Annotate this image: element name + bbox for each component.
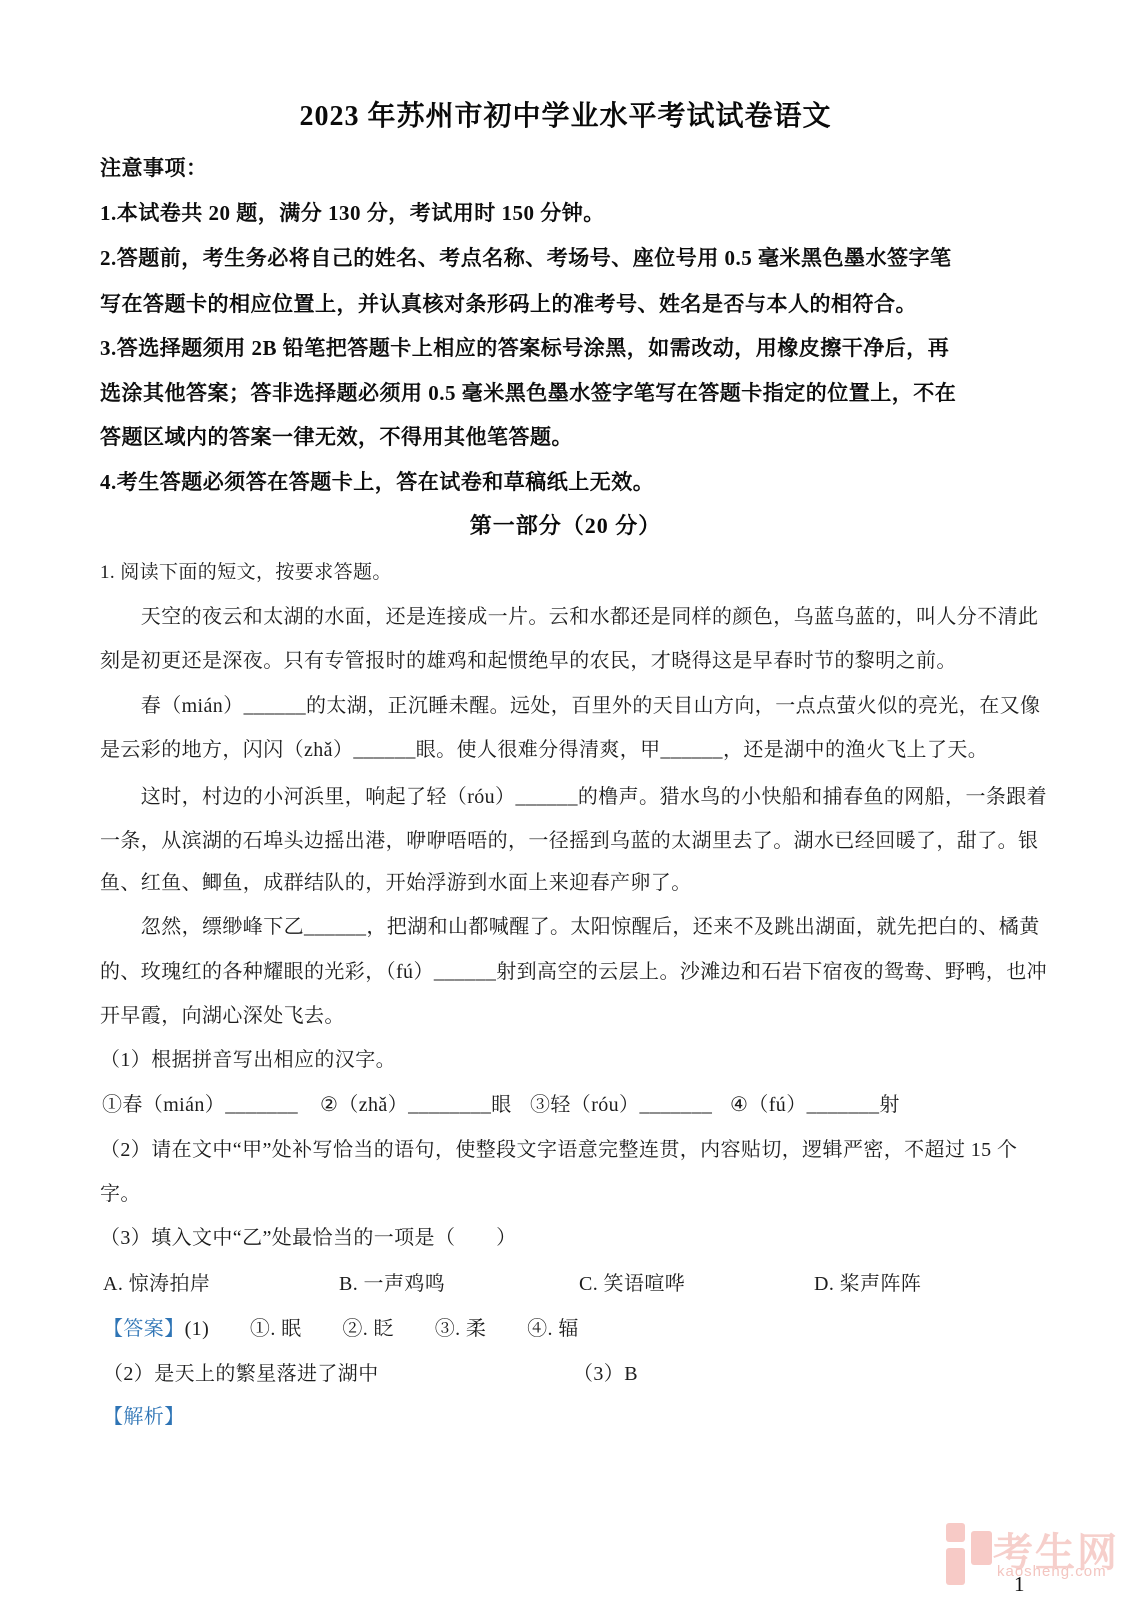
passage-line: 这时，村边的小河浜里，响起了轻（róu）______的橹声。猎水鸟的小快船和捕春… <box>100 780 1047 809</box>
answer-label: 【答案】 <box>103 1318 185 1340</box>
answer-line2-right: （3）B <box>573 1357 638 1386</box>
option-item-a: A. 惊涛拍岸 <box>103 1267 210 1296</box>
pinyin-blank-item: ①春（mián）_______ <box>102 1088 298 1117</box>
question-prompt: 1. 阅读下面的短文，按要求答题。 <box>100 557 392 584</box>
option-item-c: C. 笑语喧哗 <box>579 1267 685 1296</box>
passage-line: 鱼、红鱼、鲫鱼，成群结队的，开始浮游到水面上来迎春产卵了。 <box>100 866 692 895</box>
sub-question-2-line: 字。 <box>100 1177 141 1206</box>
passage-line: 春（mián）______的太湖，正沉睡未醒。远处，百里外的天目山方向，一点点萤… <box>100 689 1040 718</box>
notice-line: 4.考生答题必须答在答题卡上，答在试卷和草稿纸上无效。 <box>100 466 654 496</box>
passage-line: 是云彩的地方，闪闪（zhǎ）______眼。使人很难分得清爽，甲______，还… <box>100 733 988 762</box>
logo-block <box>946 1523 965 1542</box>
sub-question-1-label: （1）根据拼音写出相应的汉字。 <box>100 1043 396 1072</box>
exam-title: 2023 年苏州市初中学业水平考试试卷语文 <box>0 94 1131 134</box>
pinyin-blank-item: ④（fú）_______射 <box>730 1088 900 1117</box>
analysis-label: 【解析】 <box>103 1400 185 1429</box>
passage-line: 开早霞，向湖心深处飞去。 <box>100 999 345 1028</box>
passage-line: 天空的夜云和太湖的水面，还是连接成一片。云和水都还是同样的颜色，乌蓝乌蓝的，叫人… <box>100 600 1038 629</box>
passage-line: 的、玫瑰红的各种耀眼的光彩，（fú）______射到高空的云层上。沙滩边和石岩下… <box>100 955 1047 984</box>
sub-question-2-line: （2）请在文中“甲”处补写恰当的语句，使整段文字语意完整连贯，内容贴切，逻辑严密… <box>100 1133 1017 1162</box>
section-heading: 第一部分（20 分） <box>0 509 1131 540</box>
exam-paper-page: 2023 年苏州市初中学业水平考试试卷语文 注意事项： 1.本试卷共 20 题，… <box>0 0 1131 1600</box>
pinyin-blank-item: ③轻（róu）_______ <box>530 1088 712 1117</box>
option-item-d: D. 桨声阵阵 <box>814 1267 921 1296</box>
answer-line: 【答案】(1) ①. 眠 ②. 眨 ③. 柔 ④. 辐 <box>103 1312 579 1341</box>
logo-block <box>971 1531 992 1565</box>
page-number: 1 <box>1014 1572 1025 1597</box>
notice-line: 3.答选择题须用 2B 铅笔把答题卡上相应的答案标号涂黑，如需改动，用橡皮擦干净… <box>100 332 949 362</box>
logo-block <box>946 1548 965 1585</box>
passage-line: 一条，从滨湖的石埠头边摇出港，咿咿唔唔的，一径摇到乌蓝的太湖里去了。湖水已经回暖… <box>100 824 1038 853</box>
answer-line2-left: （2）是天上的繁星落进了湖中 <box>103 1357 379 1386</box>
notice-line: 选涂其他答案；答非选择题必须用 0.5 毫米黑色墨水签字笔写在答题卡指定的位置上… <box>100 377 956 407</box>
notice-line: 写在答题卡的相应位置上，并认真核对条形码上的准考号、姓名是否与本人的相符合。 <box>100 288 917 318</box>
pinyin-blank-item: ②（zhǎ）________眼 <box>320 1088 512 1117</box>
passage-line: 忽然，缥缈峰下乙______，把湖和山都喊醒了。太阳惊醒后，还来不及跳出湖面，就… <box>100 910 1040 939</box>
option-item-b: B. 一声鸡鸣 <box>339 1267 445 1296</box>
notice-line: 2.答题前，考生务必将自己的姓名、考点名称、考场号、座位号用 0.5 毫米黑色墨… <box>100 242 952 272</box>
passage-line: 刻是初更还是深夜。只有专管报时的雄鸡和起惯绝早的农民，才晓得这是早春时节的黎明之… <box>100 644 957 673</box>
kaosheng-logo-icon <box>946 1523 994 1585</box>
answer-content: (1) ①. 眠 ②. 眨 ③. 柔 ④. 辐 <box>185 1318 579 1340</box>
sub-question-3-label: （3）填入文中“乙”处最恰当的一项是（ ） <box>100 1221 517 1250</box>
notice-heading: 注意事项： <box>100 152 208 182</box>
notice-line: 1.本试卷共 20 题，满分 130 分，考试用时 150 分钟。 <box>100 197 605 227</box>
notice-line: 答题区域内的答案一律无效，不得用其他笔答题。 <box>100 421 573 451</box>
